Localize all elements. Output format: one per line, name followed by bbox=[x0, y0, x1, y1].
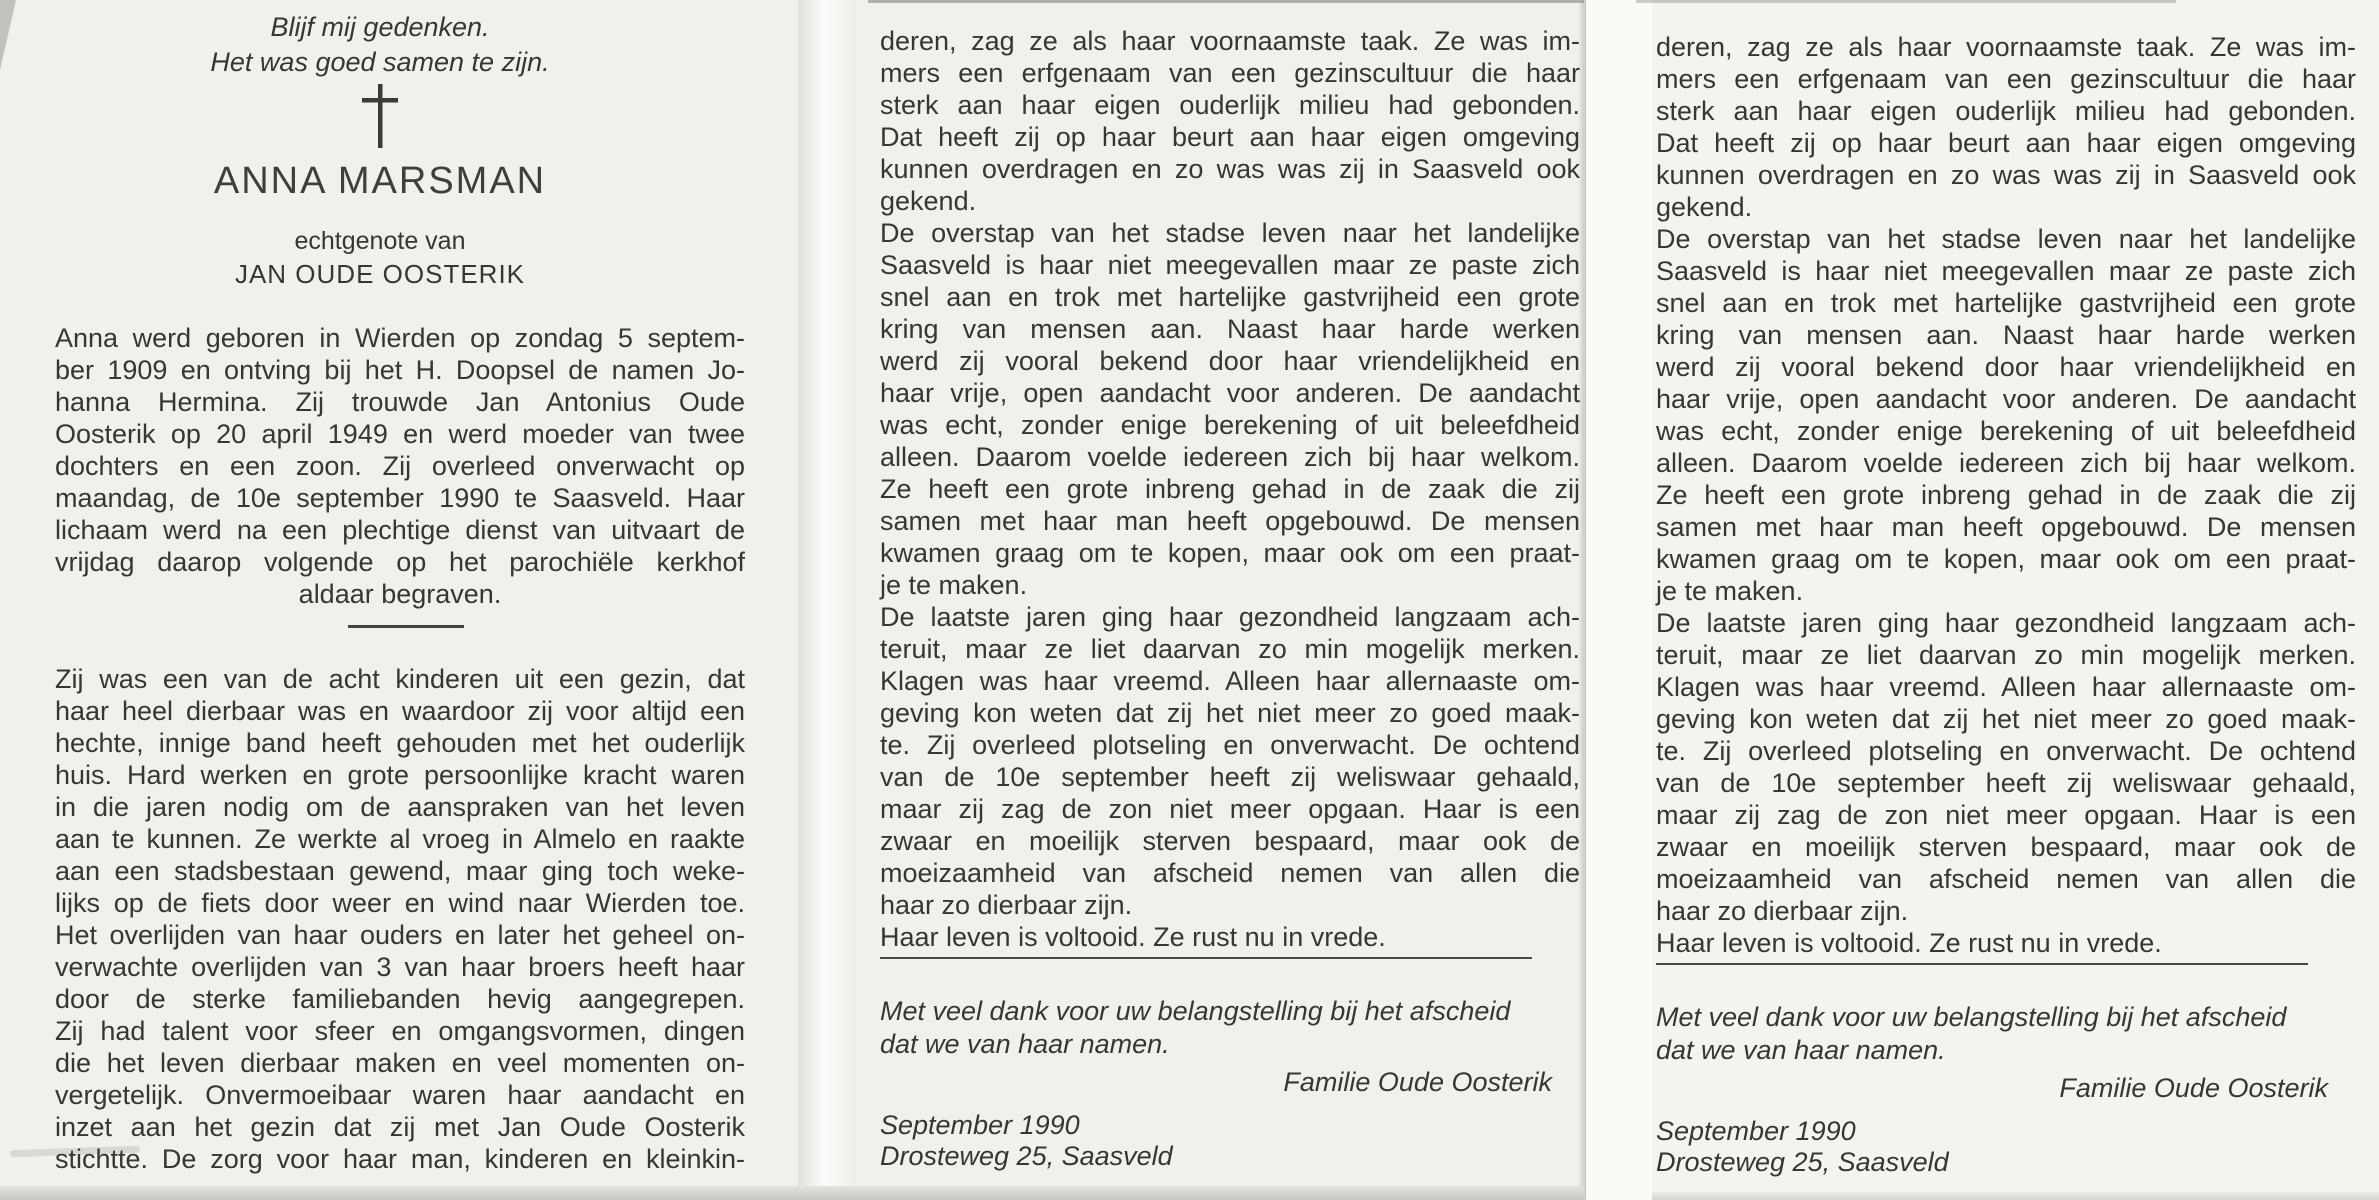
text-line: van de 10e september heeft zij weliswaar… bbox=[1656, 767, 2356, 799]
text-line: kring van mensen aan. Naast haar harde w… bbox=[1656, 319, 2356, 351]
text-line: Haar leven is voltooid. Ze rust nu in vr… bbox=[880, 921, 1580, 953]
text-line: kunnen overdragen en zo was was zij in S… bbox=[1656, 159, 2356, 191]
front-page: Blijf mij gedenken. Het was goed samen t… bbox=[55, 0, 745, 1200]
text-line: Zij was een van de acht kinderen uit een… bbox=[55, 663, 745, 695]
text-line: gekend. bbox=[880, 185, 1580, 217]
text-line: zwaar en moeilijk sterven bespaard, maar… bbox=[880, 825, 1580, 857]
text-line: zwaar en moeilijk sterven bespaard, maar… bbox=[1656, 831, 2356, 863]
text-line: Saasveld is haar niet meegevallen maar z… bbox=[880, 249, 1580, 281]
text-line: Dat heeft zij op haar beurt aan haar eig… bbox=[880, 121, 1580, 153]
footer-divider bbox=[880, 957, 1532, 959]
text-line: teruit, maar ze liet daarvan zo min moge… bbox=[880, 633, 1580, 665]
text-line: mers een erfgenaam van een gezinscultuur… bbox=[1656, 63, 2356, 95]
card-gap-band bbox=[1584, 0, 1652, 1200]
deceased-name: ANNA MARSMAN bbox=[50, 160, 710, 203]
text-line: te. Zij overleed plotseling en onverwach… bbox=[1656, 735, 2356, 767]
text-line: huis. Hard werken en grote persoonlijke … bbox=[55, 759, 745, 791]
paragraph: Haar leven is voltooid. Ze rust nu in vr… bbox=[880, 921, 1580, 953]
text-line: Oosterik op 20 april 1949 en werd moeder… bbox=[55, 418, 745, 450]
text-line: gekend. bbox=[1656, 191, 2356, 223]
text-line: samen met haar man heeft opgebouwd. De m… bbox=[1656, 511, 2356, 543]
text-line: teruit, maar ze liet daarvan zo min moge… bbox=[1656, 639, 2356, 671]
text-line: hechte, innige band heeft gehouden met h… bbox=[55, 727, 745, 759]
text-line: inzet aan het gezin dat zij met Jan Oude… bbox=[55, 1111, 745, 1143]
paragraph: Haar leven is voltooid. Ze rust nu in vr… bbox=[1656, 927, 2356, 959]
spouse-name: JAN OUDE OOSTERIK bbox=[50, 259, 710, 290]
paragraph: De overstap van het stadse leven naar he… bbox=[880, 217, 1580, 601]
inner-page-copy-1: deren, zag ze als haar voornaamste taak.… bbox=[880, 0, 1580, 1200]
inner-paragraphs: deren, zag ze als haar voornaamste taak.… bbox=[880, 25, 1580, 953]
text-line: aan te kunnen. Ze werkte al vroeg in Alm… bbox=[55, 823, 745, 855]
text-line: ber 1909 en ontving bij het H. Doopsel d… bbox=[55, 354, 745, 386]
text-line: alleen. Daarom voelde iedereen zich bij … bbox=[880, 441, 1580, 473]
text-line: deren, zag ze als haar voornaamste taak.… bbox=[880, 25, 1580, 57]
text-line: De laatste jaren ging haar gezondheid la… bbox=[880, 601, 1580, 633]
text-line: je te maken. bbox=[880, 569, 1580, 601]
text-line: door de sterke familiebanden hevig aange… bbox=[55, 983, 745, 1015]
paragraph: De overstap van het stadse leven naar he… bbox=[1656, 223, 2356, 607]
text-line: alleen. Daarom voelde iedereen zich bij … bbox=[1656, 447, 2356, 479]
text-line: vergetelijk. Onvermoeibaar waren haar aa… bbox=[55, 1079, 745, 1111]
text-line: De overstap van het stadse leven naar he… bbox=[880, 217, 1580, 249]
inner-text-block: deren, zag ze als haar voornaamste taak.… bbox=[880, 25, 1580, 1172]
text-line: mers een erfgenaam van een gezinscultuur… bbox=[880, 57, 1580, 89]
biography-paragraph-2: Zij was een van de acht kinderen uit een… bbox=[55, 663, 745, 1175]
text-line: kwamen graag om te kopen, maar ook om ee… bbox=[880, 537, 1580, 569]
text-line: Klagen was haar vreemd. Alleen haar alle… bbox=[880, 665, 1580, 697]
text-line: De laatste jaren ging haar gezondheid la… bbox=[1656, 607, 2356, 639]
thanks-line-2: dat we van haar namen. bbox=[880, 1028, 1580, 1061]
text-line: verwachte overlijden van 3 van haar broe… bbox=[55, 951, 745, 983]
family-signature: Familie Oude Oosterik bbox=[1656, 1072, 2356, 1104]
memorial-card-scan: Blijf mij gedenken. Het was goed samen t… bbox=[0, 0, 2379, 1200]
text-line: haar vrije, open aandacht voor anderen. … bbox=[880, 377, 1580, 409]
text-line: te. Zij overleed plotseling en onverwach… bbox=[880, 729, 1580, 761]
relation-label: echtgenote van bbox=[50, 227, 710, 256]
inner-paragraphs: deren, zag ze als haar voornaamste taak.… bbox=[1656, 31, 2356, 959]
text-line: haar vrije, open aandacht voor anderen. … bbox=[1656, 383, 2356, 415]
text-line: aan een stadsbestaan gewend, maar ging t… bbox=[55, 855, 745, 887]
text-line: je te maken. bbox=[1656, 575, 2356, 607]
text-line: haar zo dierbaar zijn. bbox=[880, 889, 1580, 921]
scan-corner-artifact bbox=[0, 0, 16, 70]
text-line: Klagen was haar vreemd. Alleen haar alle… bbox=[1656, 671, 2356, 703]
text-line: Haar leven is voltooid. Ze rust nu in vr… bbox=[1656, 927, 2356, 959]
card-fold-crease bbox=[798, 0, 856, 1200]
text-line: moeizaamheid van afscheid nemen van alle… bbox=[1656, 863, 2356, 895]
text-line: werd zij vooral bekend door haar vriende… bbox=[1656, 351, 2356, 383]
text-line: was echt, zonder enige berekening of uit… bbox=[1656, 415, 2356, 447]
text-line: lichaam werd na een plechtige dienst van… bbox=[55, 514, 745, 546]
paragraph: deren, zag ze als haar voornaamste taak.… bbox=[1656, 31, 2356, 223]
card-date: September 1990 bbox=[1656, 1116, 2356, 1147]
text-line: maar zij zag de zon niet meer opgaan. Ha… bbox=[880, 793, 1580, 825]
text-line: maar zij zag de zon niet meer opgaan. Ha… bbox=[1656, 799, 2356, 831]
paragraph-1-closing-line: aldaar begraven. bbox=[55, 578, 745, 610]
text-line: was echt, zonder enige berekening of uit… bbox=[880, 409, 1580, 441]
text-line: kwamen graag om te kopen, maar ook om ee… bbox=[1656, 543, 2356, 575]
card-date: September 1990 bbox=[880, 1110, 1580, 1141]
text-line: maandag, de 10e september 1990 te Saasve… bbox=[55, 482, 745, 514]
footer-divider bbox=[1656, 963, 2308, 965]
text-line: werd zij vooral bekend door haar vriende… bbox=[880, 345, 1580, 377]
text-line: Ze heeft een grote inbreng gehad in de z… bbox=[1656, 479, 2356, 511]
paragraph-lines: Anna werd geboren in Wierden op zondag 5… bbox=[55, 322, 745, 578]
motto-line-1: Blijf mij gedenken. bbox=[50, 12, 710, 43]
text-line: Ze heeft een grote inbreng gehad in de z… bbox=[880, 473, 1580, 505]
family-signature: Familie Oude Oosterik bbox=[880, 1066, 1580, 1098]
text-line: haar zo dierbaar zijn. bbox=[1656, 895, 2356, 927]
paragraph: De laatste jaren ging haar gezondheid la… bbox=[1656, 607, 2356, 927]
thanks-line-1: Met veel dank voor uw belangstelling bij… bbox=[1656, 1001, 2356, 1034]
text-line: die het leven dierbaar maken en veel mom… bbox=[55, 1047, 745, 1079]
text-line: vrijdag daarop volgende op het parochiël… bbox=[55, 546, 745, 578]
text-line: Saasveld is haar niet meegevallen maar z… bbox=[1656, 255, 2356, 287]
text-line: kring van mensen aan. Naast haar harde w… bbox=[880, 313, 1580, 345]
text-line: van de 10e september heeft zij weliswaar… bbox=[880, 761, 1580, 793]
text-line: Anna werd geboren in Wierden op zondag 5… bbox=[55, 322, 745, 354]
text-line: De overstap van het stadse leven naar he… bbox=[1656, 223, 2356, 255]
text-line: kunnen overdragen en zo was was zij in S… bbox=[880, 153, 1580, 185]
text-line: snel aan en trok met hartelijke gastvrij… bbox=[1656, 287, 2356, 319]
thanks-line-1: Met veel dank voor uw belangstelling bij… bbox=[880, 995, 1580, 1028]
paragraph-lines: Zij was een van de acht kinderen uit een… bbox=[55, 663, 745, 1175]
text-line: snel aan en trok met hartelijke gastvrij… bbox=[880, 281, 1580, 313]
biography-paragraph-1: Anna werd geboren in Wierden op zondag 5… bbox=[55, 322, 745, 610]
inner-page-copy-2: deren, zag ze als haar voornaamste taak.… bbox=[1656, 0, 2356, 1200]
text-line: Dat heeft zij op haar beurt aan haar eig… bbox=[1656, 127, 2356, 159]
text-line: in die jaren nodig om de aanspraken van … bbox=[55, 791, 745, 823]
text-line: hanna Hermina. Zij trouwde Jan Antonius … bbox=[55, 386, 745, 418]
text-line: samen met haar man heeft opgebouwd. De m… bbox=[880, 505, 1580, 537]
text-line: geving kon weten dat zij het niet meer z… bbox=[880, 697, 1580, 729]
cross-icon bbox=[50, 84, 710, 148]
thanks-line-2: dat we van haar namen. bbox=[1656, 1034, 2356, 1067]
text-line: stichtte. De zorg voor haar man, kindere… bbox=[55, 1143, 745, 1175]
paragraph: deren, zag ze als haar voornaamste taak.… bbox=[880, 25, 1580, 217]
inner-text-block: deren, zag ze als haar voornaamste taak.… bbox=[1656, 31, 2356, 1178]
text-line: moeizaamheid van afscheid nemen van alle… bbox=[880, 857, 1580, 889]
text-line: geving kon weten dat zij het niet meer z… bbox=[1656, 703, 2356, 735]
card-address: Drosteweg 25, Saasveld bbox=[1656, 1147, 2356, 1178]
card-address: Drosteweg 25, Saasveld bbox=[880, 1141, 1580, 1172]
section-divider bbox=[348, 625, 464, 628]
text-line: dochters en een zoon. Zij overleed onver… bbox=[55, 450, 745, 482]
text-line: deren, zag ze als haar voornaamste taak.… bbox=[1656, 31, 2356, 63]
paragraph: De laatste jaren ging haar gezondheid la… bbox=[880, 601, 1580, 921]
text-line: lijks op de fiets door weer en wind naar… bbox=[55, 887, 745, 919]
text-line: haar heel dierbaar was en waardoor zij v… bbox=[55, 695, 745, 727]
text-line: Zij had talent voor sfeer en omgangsvorm… bbox=[55, 1015, 745, 1047]
motto-line-2: Het was goed samen te zijn. bbox=[50, 47, 710, 78]
text-line: sterk aan haar eigen ouderlijk milieu ha… bbox=[1656, 95, 2356, 127]
text-line: Het overlijden van haar ouders en later … bbox=[55, 919, 745, 951]
text-line: sterk aan haar eigen ouderlijk milieu ha… bbox=[880, 89, 1580, 121]
